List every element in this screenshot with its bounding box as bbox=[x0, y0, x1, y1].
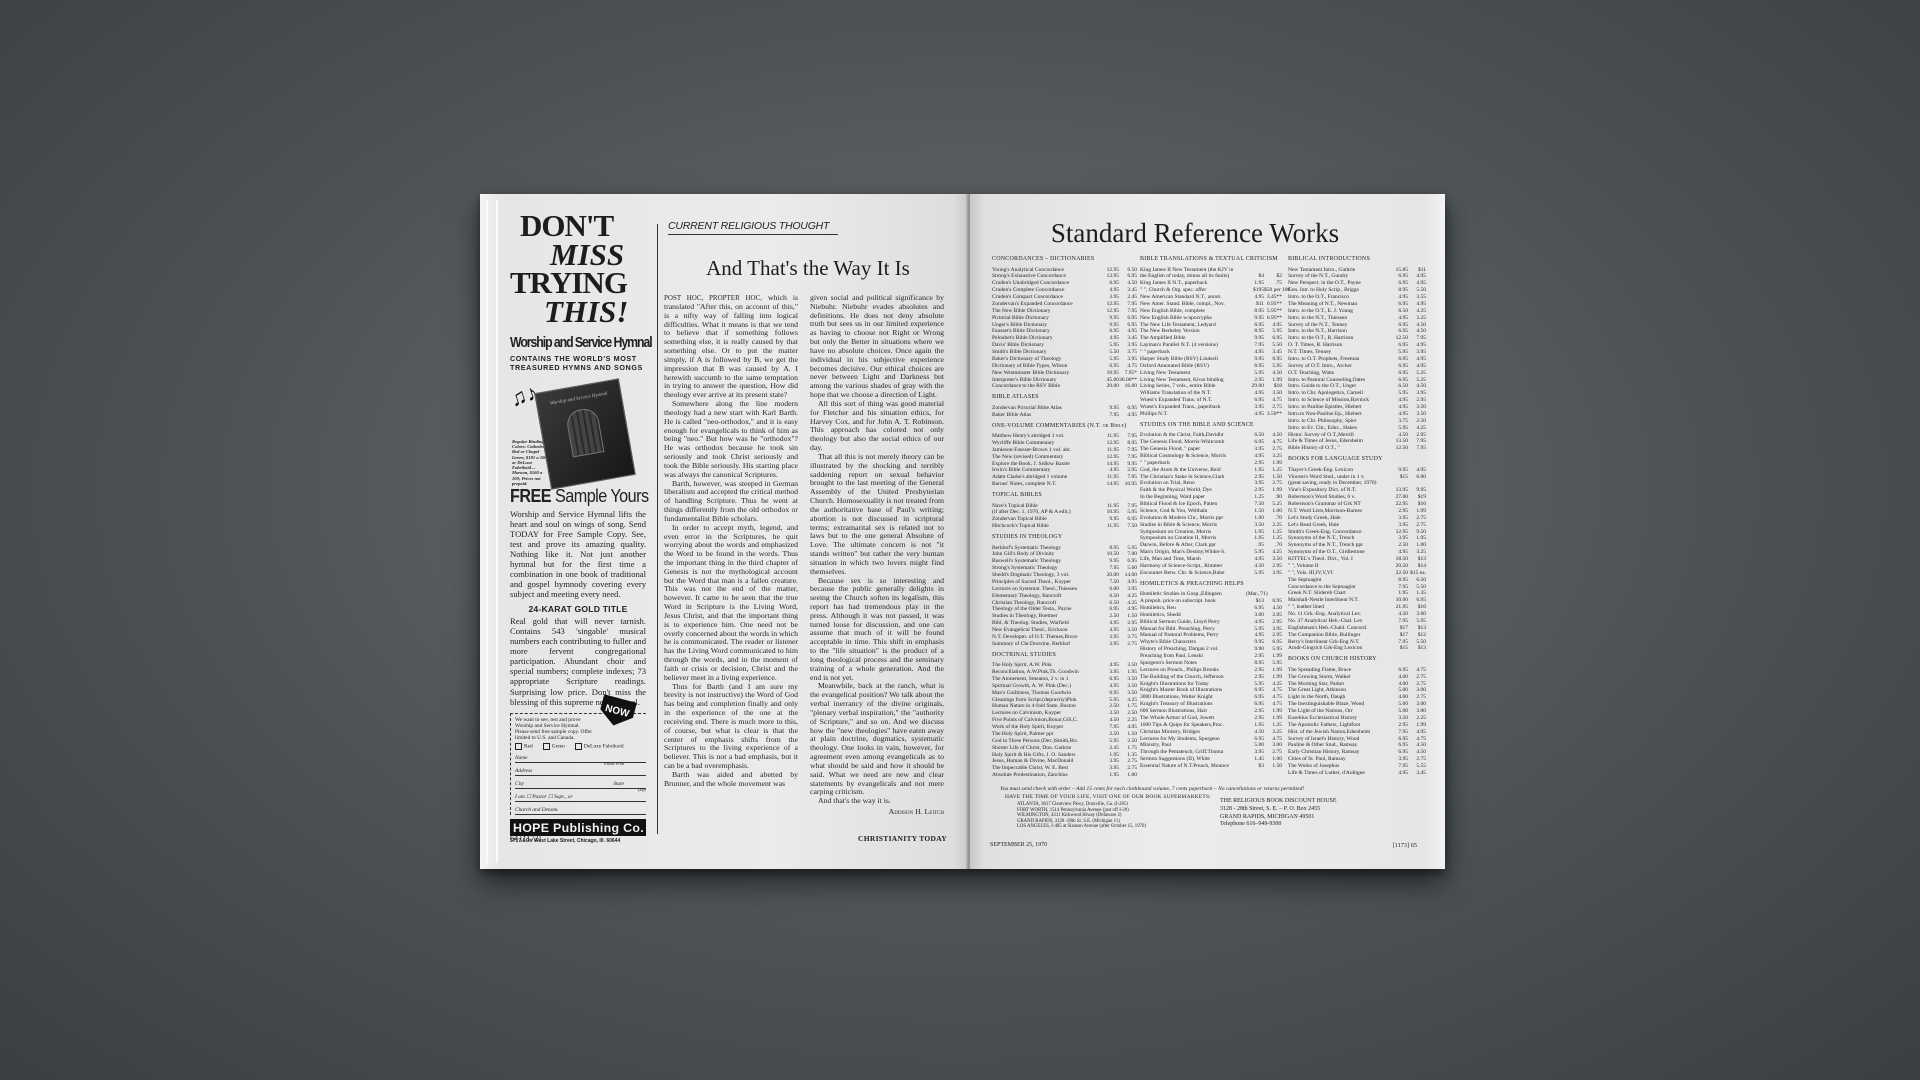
sale-price: 8.95 bbox=[1119, 440, 1137, 447]
price-section-heading: DOCTRINAL STUDIES bbox=[992, 652, 1137, 660]
price-row: Zondervan's Expanded Concordance12.957.9… bbox=[992, 301, 1137, 308]
sale-price: 3.00 bbox=[1264, 742, 1282, 749]
list-price: 4.95 bbox=[1246, 411, 1264, 418]
list-price: 10.50 bbox=[1101, 551, 1119, 558]
order-note: You must send check with order – Add 15 … bbox=[1000, 786, 1304, 792]
price-row: Jesus, Human & Divine, MacDonald3.952.75 bbox=[992, 758, 1137, 765]
book-title: Marshall-Nestle Interlinear N.T. bbox=[1288, 597, 1390, 604]
list-price: 3.95 bbox=[1101, 765, 1119, 772]
list-price: 3.95 bbox=[1246, 446, 1264, 453]
sale-price: 4.25 bbox=[1408, 308, 1426, 315]
price-row: N.T. Developm. of O.T. Themes,Bruce3.952… bbox=[992, 634, 1137, 641]
price-row: " ", leather lined21.95$16 bbox=[1288, 604, 1426, 611]
list-price: 2.95 bbox=[1390, 722, 1408, 729]
sale-price: 5.95 bbox=[1119, 545, 1137, 552]
book-title: Work of the Holy Spirit, Kuyper bbox=[992, 724, 1101, 731]
price-row: God in Three Persons (Dec.)Smith,Bic.5.9… bbox=[992, 738, 1137, 745]
book-title: Harmony of Science-Script., Rimmer bbox=[1140, 563, 1246, 570]
book-title: Christian Ministry, Bridges bbox=[1140, 729, 1246, 736]
article-column-1: POST HOC, PROPTER HOC, which is translat… bbox=[664, 294, 798, 789]
book-title: New English Bible w/apocrypha bbox=[1140, 315, 1246, 322]
book-title: The Holy Spirit, Palmer ppr bbox=[992, 731, 1101, 738]
sale-price: .70 bbox=[1264, 515, 1282, 522]
price-row: Intro. to O.T. Prophets, Freeman6.954.95 bbox=[1288, 356, 1426, 363]
option-label: Green bbox=[552, 744, 565, 750]
book-title: (if after Dec. 1, 1970, AP & A edit.) bbox=[992, 509, 1101, 516]
book-title: The Works of Josephus bbox=[1288, 763, 1390, 770]
price-row: Whyte's Bible Characters9.956.95 bbox=[1140, 639, 1282, 646]
book-title: No. 37 Analytical Heb.-Chal. Lex bbox=[1288, 618, 1390, 625]
book-title: Dictionary of Bible Types, Wilson bbox=[992, 363, 1101, 370]
price-row: In the Beginning, Ward paper1.25.90 bbox=[1140, 494, 1282, 501]
address-field[interactable]: Address bbox=[515, 768, 646, 776]
book-title: Cruden's Compact Concordance bbox=[992, 294, 1101, 301]
price-row: Baker Bible Atlas7.954.95 bbox=[992, 412, 1137, 419]
book-title: Berry's Interlinear Grk-Eng N.T. bbox=[1288, 639, 1390, 646]
price-row: New Amer. Stand. Bible, compl., Nov.$116… bbox=[1140, 301, 1282, 308]
price-row: Adam Clarke's abridged 1 volume11.957.95 bbox=[992, 474, 1137, 481]
sale-price: 6.95 bbox=[1119, 322, 1137, 329]
price-row: Survey of O.T. Intro., Archer6.954.95 bbox=[1288, 363, 1426, 370]
list-price: 12.50 bbox=[1390, 445, 1408, 452]
list-price: 6.95 bbox=[1101, 690, 1119, 697]
ad-subhead-line: TREASURED HYMNS AND SONGS bbox=[510, 363, 646, 372]
sale-price: 7.50 bbox=[1119, 523, 1137, 530]
list-price: 8.95 bbox=[1246, 660, 1264, 667]
book-title: Cities of St. Paul, Ramsay bbox=[1288, 756, 1390, 763]
reference-title: Standard Reference Works bbox=[1030, 218, 1360, 249]
price-row: Sermon Suggestions (II), White1.451.00 bbox=[1140, 756, 1282, 763]
book-title: Intro. to Pauline Epistles, Hiebert bbox=[1288, 404, 1390, 411]
price-row: Faith & the Physical World, Dye2.951.99 bbox=[1140, 487, 1282, 494]
sale-price: 3.45** bbox=[1264, 294, 1282, 301]
book-title: Wuest's Expanded Trans., paperback bbox=[1140, 404, 1246, 411]
price-row: Histor. Survey of O.T.,Merrill4.502.95 bbox=[1288, 432, 1426, 439]
list-price: $4 bbox=[1246, 273, 1264, 280]
house-line: Telephone 616–949-9300 bbox=[1220, 821, 1337, 829]
list-price: 5.00 bbox=[1390, 708, 1408, 715]
magazine-spread: DON'T MISS TRYING THIS! Worship and Serv… bbox=[480, 194, 1445, 869]
list-price: $17 bbox=[1390, 632, 1408, 639]
list-price: 7.95 bbox=[1390, 729, 1408, 736]
list-price: 4.95 bbox=[1246, 632, 1264, 639]
price-row: (great saving, ready in December, 1970) bbox=[1288, 480, 1426, 487]
price-row: Oxford Annotated Bible (RSV)8.955.95 bbox=[1140, 363, 1282, 370]
book-title: 3000 Illustrations, Walter Knight bbox=[1140, 694, 1246, 701]
price-row: N.T. Word Lists,Morrison-Barnes2.951.99 bbox=[1288, 508, 1426, 515]
price-row: Through the Pentateuch, Griff.Thoma3.952… bbox=[1140, 749, 1282, 756]
list-price: 1.95 bbox=[1246, 529, 1264, 536]
book-title: Baker's Dictionary of Theology bbox=[992, 356, 1101, 363]
price-row: Living New Testament5.954.50 bbox=[1140, 370, 1282, 377]
list-price: 29.00 bbox=[1246, 383, 1264, 390]
list-price: 4.50 bbox=[1246, 729, 1264, 736]
price-row: History of Preaching, Dargan 2 vol.9.905… bbox=[1140, 646, 1282, 653]
price-row: Intro. to Ev. Chr., Educ., Hakes5.954.25 bbox=[1288, 425, 1426, 432]
name-field[interactable]: NamePlease Print bbox=[515, 755, 646, 763]
list-price: 6.95 bbox=[1390, 749, 1408, 756]
book-title: No. 11 Grk.-Eng. Analytical Lex. bbox=[1288, 611, 1390, 618]
price-row: Manual for Bibl. Preaching, Perry5.953.9… bbox=[1140, 626, 1282, 633]
price-row: Theology of the Older Testa., Payne6.954… bbox=[992, 606, 1137, 613]
price-section-heading: HOMILETICS & PREACHING HELPS bbox=[1140, 581, 1282, 589]
list-price: 5.00 bbox=[1390, 687, 1408, 694]
book-title: Oxford Annotated Bible (RSV) bbox=[1140, 363, 1246, 370]
book-title: Hist. of the Jewish Nation,Edersheim bbox=[1288, 729, 1390, 736]
price-row: New Westminster Bible Dictionary10.957.9… bbox=[992, 370, 1137, 377]
sale-price: 6.95 bbox=[1119, 315, 1137, 322]
book-title: Let's Read Greek, Hale bbox=[1288, 522, 1390, 529]
list-price: 1.95 bbox=[1390, 590, 1408, 597]
price-row: Intro. to Science of Mission,Bavinck4.95… bbox=[1288, 397, 1426, 404]
price-row: Marshall-Nestle Interlinear N.T.10.006.9… bbox=[1288, 597, 1426, 604]
book-title: " ", Church & Org. spec. offer bbox=[1140, 287, 1246, 294]
price-row: Cruden's Compact Concordance3.952.45 bbox=[992, 294, 1137, 301]
book-title: N.T. Word Lists,Morrison-Barnes bbox=[1288, 508, 1390, 515]
price-row: The Genesis Flood, " paper3.952.75 bbox=[1140, 446, 1282, 453]
list-price: 4.95 bbox=[1246, 556, 1264, 563]
church-field[interactable]: Church and Denom. bbox=[515, 807, 646, 815]
sale-price: 1.95 bbox=[1408, 535, 1426, 542]
sale-price: $13 bbox=[1408, 556, 1426, 563]
sale-price: 5.95 bbox=[1264, 328, 1282, 335]
book-title: Shorter Life of Christ, Don. Guthrie bbox=[992, 745, 1101, 752]
sale-price: 4.75 bbox=[1264, 687, 1282, 694]
list-price: 2.95 bbox=[1246, 674, 1264, 681]
book-title: Holy Spirit & His Gifts, J. O. Sanders bbox=[992, 752, 1101, 759]
sale-price: 6.95 bbox=[1264, 335, 1282, 342]
list-price: 5.95 bbox=[1101, 738, 1119, 745]
book-title: The Building of the Church, Jefferson bbox=[1140, 674, 1246, 681]
house-line: THE RELIGIOUS BOOK DISCOUNT HOUSE bbox=[1220, 798, 1337, 806]
sale-price: 4.95 bbox=[1408, 363, 1426, 370]
role-field[interactable]: I am ☐ Pastor ☐ Supt., or bbox=[515, 794, 646, 802]
list-price: 6.95 bbox=[1246, 736, 1264, 743]
price-row: New Evangelical Theol., Erickson4.953.50 bbox=[992, 627, 1137, 634]
price-row: Survey of the N.T., Gundry6.954.95 bbox=[1288, 273, 1426, 280]
book-title: History of Preaching, Dargan 2 vol. bbox=[1140, 646, 1246, 653]
book-title: Greek N.T. Slidereb Chart bbox=[1288, 590, 1390, 597]
list-price: 12.95 bbox=[1101, 308, 1119, 315]
list-price: 6.50 bbox=[1101, 600, 1119, 607]
price-row: The Amplified Bible9.956.95 bbox=[1140, 335, 1282, 342]
price-row: No. 37 Analytical Heb.-Chal. Lex7.955.95 bbox=[1288, 618, 1426, 625]
list-price: 11.95 bbox=[1101, 503, 1119, 510]
sale-price: 5.25 bbox=[1408, 377, 1426, 384]
price-row: Explore the Book, J. Sidlow Baxter14.959… bbox=[992, 461, 1137, 468]
list-price: $195 bbox=[1246, 287, 1264, 294]
book-title: Barnes' Notes, complete N.T. bbox=[992, 481, 1101, 488]
list-price: 9.95 bbox=[1101, 322, 1119, 329]
list-price: 10.00 bbox=[1390, 597, 1408, 604]
list-price: 5.95 bbox=[1101, 342, 1119, 349]
price-row: The New Life Testament, Ledyard6.954.95 bbox=[1140, 322, 1282, 329]
list-price: 6.95 bbox=[1390, 301, 1408, 308]
price-row: The New (revised) Commentary12.957.95 bbox=[992, 454, 1137, 461]
sale-price: 1.99 bbox=[1264, 460, 1282, 467]
list-price: 5.95 bbox=[1390, 425, 1408, 432]
book-title: New Evangelical Theol., Erickson bbox=[992, 627, 1101, 634]
book-title: Gleanings from Script.(depravity)Pink bbox=[992, 697, 1101, 704]
price-row: Biblical Cosmology & Science, Morris4.95… bbox=[1140, 453, 1282, 460]
price-column-1: CONCORDANCES – DICTIONARIESYoung's Analy… bbox=[992, 252, 1137, 779]
sale-price: 6.95 bbox=[1119, 405, 1137, 412]
sample-label: Sample Yours bbox=[555, 486, 649, 506]
price-row: Buswell's Systematic Theology9.956.95 bbox=[992, 558, 1137, 565]
book-title: Spiritual Growth, A. W. Pink (Dec.) bbox=[992, 683, 1101, 690]
sale-price: 3.25 bbox=[1264, 453, 1282, 460]
price-section-heading: STUDIES ON THE BIBLE AND SCIENCE bbox=[1140, 422, 1282, 430]
book-title: Lectures on Calvinism, Kuyper bbox=[992, 710, 1101, 717]
list-price: 7.50 bbox=[1246, 501, 1264, 508]
price-row: Intro. Guide to the O.T., Unger6.504.50 bbox=[1288, 383, 1426, 390]
price-row: 1000 Tips & Quips for Speakers,Proc.1.95… bbox=[1140, 722, 1282, 729]
list-price: 9.95 bbox=[1101, 315, 1119, 322]
hymnal-book-image: Worship and Service Hymnal bbox=[534, 378, 636, 489]
sale-price: 7.95 bbox=[1408, 335, 1426, 342]
house-line: GRAND RAPIDS, MICHIGAN 49501 bbox=[1220, 814, 1337, 822]
book-title: Harper Study Bible (RSV) Lindsell bbox=[1140, 356, 1246, 363]
price-row: Living New Testament, Kivar binding2.951… bbox=[1140, 377, 1282, 384]
lead-in: POST HOC, PROPTER HOC, bbox=[664, 294, 762, 302]
price-row: Harmony of Science-Script., Rimmer4.502.… bbox=[1140, 563, 1282, 570]
price-row: Man's Origin, Man's Destiny,Wilder-S.5.9… bbox=[1140, 549, 1282, 556]
price-row: Matthew Henry's abridged 1 vol.11.957.95 bbox=[992, 433, 1137, 440]
sale-price: 4.95 bbox=[1408, 342, 1426, 349]
sale-price: 7.95 bbox=[1119, 503, 1137, 510]
list-price: 6.50 bbox=[1390, 308, 1408, 315]
ad-body-1: Worship and Service Hymnal lifts the hea… bbox=[510, 509, 646, 599]
sale-price: 4.95 bbox=[1408, 273, 1426, 280]
book-title: " ", Volume II bbox=[1288, 563, 1390, 570]
list-price: 1.00 bbox=[1246, 515, 1264, 522]
list-price: $15 bbox=[1390, 645, 1408, 652]
sale-price: 1.35 bbox=[1119, 752, 1137, 759]
list-price: 7.95 bbox=[1390, 584, 1408, 591]
sale-price: 1.00 bbox=[1119, 772, 1137, 779]
list-price: 2.50 bbox=[1101, 703, 1119, 710]
price-row: Arndt-Gingrich Grk-Eng Lexicon$15$13 bbox=[1288, 645, 1426, 652]
price-row: The Works of Josephus7.955.55 bbox=[1288, 763, 1426, 770]
book-title: In the Beginning, Ward paper bbox=[1140, 494, 1246, 501]
book-title: Histor. Survey of O.T.,Merrill bbox=[1288, 432, 1390, 439]
sale-price: 4.25 bbox=[1119, 600, 1137, 607]
discount-house-address: THE RELIGIOUS BOOK DISCOUNT HOUSE 3128 -… bbox=[1220, 798, 1337, 829]
list-price: 4.50 bbox=[1390, 611, 1408, 618]
price-row: Evolution on Trial, Reno3.952.75 bbox=[1140, 480, 1282, 487]
option-label: DeLuxe Fabrikoid bbox=[584, 744, 624, 750]
price-row: Gen. Intr. to Holy Scrip., Briggs8.955.5… bbox=[1288, 287, 1426, 294]
sale-price: 4.95 bbox=[1408, 280, 1426, 287]
book-title: Explore the Book, J. Sidlow Baxter bbox=[992, 461, 1101, 468]
list-price: 9.95 bbox=[1101, 405, 1119, 412]
price-row: Davis' Bible Dictionary5.953.95 bbox=[992, 342, 1137, 349]
sale-price: $14 bbox=[1408, 563, 1426, 570]
sale-price: 5.95 bbox=[1119, 509, 1137, 516]
book-title: Interpreter's Bible Dictionary bbox=[992, 377, 1101, 384]
price-row: Homiletic Studies in Gosp.,Ellingsen(Mar… bbox=[1140, 591, 1282, 598]
price-row: Smith's Bible Dictionary5.503.75 bbox=[992, 349, 1137, 356]
sale-price: 16.00 bbox=[1119, 383, 1137, 390]
book-title: New Testament Intro., Guthrie bbox=[1288, 267, 1390, 274]
sale-price: 1.95 bbox=[1119, 669, 1137, 676]
book-title: Buswell's Systematic Theology bbox=[992, 558, 1101, 565]
checkbox-icon bbox=[575, 743, 582, 750]
list-price: 4.95 bbox=[1101, 287, 1119, 294]
book-title: Evolution & the Christ, Faith,Davidhr bbox=[1140, 432, 1246, 439]
list-price: 5.95 bbox=[1246, 681, 1264, 688]
price-section-heading: STUDIES IN THEOLOGY bbox=[992, 534, 1137, 542]
paragraph: Meanwhile, back at the ranch, what is th… bbox=[810, 682, 944, 797]
sale-price: 3.00 bbox=[1408, 687, 1426, 694]
list-price: 5.95 bbox=[1390, 390, 1408, 397]
sale-price: 2.75 bbox=[1408, 515, 1426, 522]
sale-price: 4.50 bbox=[1264, 370, 1282, 377]
sale-price: 4.50 bbox=[1408, 322, 1426, 329]
book-title: " " paperback bbox=[1140, 349, 1246, 356]
list-price: 2.95 bbox=[1246, 708, 1264, 715]
coupon-text: We want to see, test and prove Worship a… bbox=[515, 717, 593, 742]
price-row: Wycliffe Bible Commentary12.958.95 bbox=[992, 440, 1137, 447]
sale-price: 5.50 bbox=[1408, 287, 1426, 294]
book-title: Unger's Bible Dictionary bbox=[992, 322, 1101, 329]
color-options: Red Green DeLuxe Fabrikoid bbox=[515, 743, 646, 750]
order-coupon[interactable]: NOW We want to see, test and prove Worsh… bbox=[510, 713, 646, 816]
sale-price: 4.25 bbox=[1408, 425, 1426, 432]
option-green[interactable]: Green bbox=[543, 743, 565, 750]
list-price: 5.95 bbox=[1246, 370, 1264, 377]
price-section-heading: TOPICAL BIBLES bbox=[992, 492, 1137, 500]
list-price: 3.95 bbox=[1101, 669, 1119, 676]
page-folio: 64 [1172] bbox=[510, 834, 541, 843]
book-title: Layman's Parallel N.T. (4 versions) bbox=[1140, 342, 1246, 349]
list-price: 6.00 bbox=[1101, 586, 1119, 593]
price-row: Ministry, Paul5.003.00 bbox=[1140, 742, 1282, 749]
price-row: Studies in Theology, Boettner2.501.50 bbox=[992, 613, 1137, 620]
paragraph: Thus for Barth (and I am sure my brevity… bbox=[664, 683, 798, 771]
price-row: Intro. to the N.T., Harrison6.954.50 bbox=[1288, 328, 1426, 335]
sale-price: 6.95** bbox=[1264, 315, 1282, 322]
list-price: 3.95 bbox=[1101, 641, 1119, 648]
book-title: The Christian's Stake in Science,Clark bbox=[1140, 474, 1246, 481]
book-title: Williams Translation of the N.T. bbox=[1140, 390, 1246, 397]
sale-price: 6.95** bbox=[1264, 301, 1282, 308]
book-title: New Westminster Bible Dictionary bbox=[992, 370, 1101, 377]
sale-price: $13 bbox=[1408, 645, 1426, 652]
field-label: I am ☐ Pastor ☐ Supt., or bbox=[515, 794, 573, 800]
option-red[interactable]: Red bbox=[515, 743, 533, 750]
price-row: Phillips N.T.4.953.50** bbox=[1140, 411, 1282, 418]
sale-price: $15 ea. bbox=[1408, 570, 1426, 577]
sale-price: 1.99 bbox=[1264, 708, 1282, 715]
sale-price: 4.75 bbox=[1264, 694, 1282, 701]
list-price: 4.95 bbox=[1390, 294, 1408, 301]
sale-price: 1.99 bbox=[1264, 715, 1282, 722]
book-title: O.T. Teaching, Watts bbox=[1288, 370, 1390, 377]
book-title: Thayer's Greek-Eng. Lexicon bbox=[1288, 467, 1390, 474]
price-row: Robertson's Word Studies, 6 v.27.00$19 bbox=[1288, 494, 1426, 501]
book-title: Smith's Greek-Eng. Concordance bbox=[1288, 529, 1390, 536]
book-title: Wycliffe Bible Commentary bbox=[992, 440, 1101, 447]
book-title: Pauline & Other Stud., Ramsay bbox=[1288, 742, 1390, 749]
sale-price: 1.99 bbox=[1264, 487, 1282, 494]
price-row: Lectures on Calvinism, Kuyper3.502.50 bbox=[992, 710, 1137, 717]
price-row: Hist. of the Jewish Nation,Edersheim7.95… bbox=[1288, 729, 1426, 736]
price-row: Young's Analytical Concordance12.956.50 bbox=[992, 267, 1137, 274]
list-price: 10.95 bbox=[1101, 509, 1119, 516]
field-label: State bbox=[613, 781, 624, 787]
price-row: The Meaning of N.T., Newman6.954.95 bbox=[1288, 301, 1426, 308]
price-row: Knight's Master Book of Illustrations6.9… bbox=[1140, 687, 1282, 694]
list-price: 4.95 bbox=[1390, 397, 1408, 404]
book-title: The Amplified Bible bbox=[1140, 335, 1246, 342]
price-row: The Morning Star, Parker4.002.75 bbox=[1288, 681, 1426, 688]
list-price: 5.00 bbox=[1390, 701, 1408, 708]
price-row: Work of the Holy Spirit, Kuyper7.954.95 bbox=[992, 724, 1137, 731]
book-title: Essential Nature of N.T.Preach, Mounce bbox=[1140, 763, 1246, 770]
price-row: Cities of St. Paul, Ramsay3.952.75 bbox=[1288, 756, 1426, 763]
sale-price: 4.75 bbox=[1264, 397, 1282, 404]
list-price: 4.95 bbox=[1246, 349, 1264, 356]
sale-price: 4.95 bbox=[1119, 724, 1137, 731]
price-row: Pauline & Other Stud., Ramsay6.954.50 bbox=[1288, 742, 1426, 749]
price-row: God, the Atom & the Universe, Reid1.951.… bbox=[1140, 467, 1282, 474]
sale-price: 4.50 bbox=[1408, 742, 1426, 749]
list-price: 4.95 bbox=[1246, 619, 1264, 626]
price-row: Knight's Treasury of Illustrations6.954.… bbox=[1140, 701, 1282, 708]
list-price: 6.95 bbox=[1101, 676, 1119, 683]
book-title: New Amer. Stand. Bible, compl., Nov. bbox=[1140, 301, 1246, 308]
sale-price: $16 bbox=[1408, 604, 1426, 611]
list-price: 4.50 bbox=[1246, 563, 1264, 570]
book-title: " ", Vols. III,IV,V,VI bbox=[1288, 570, 1390, 577]
list-price: 7.95 bbox=[1101, 412, 1119, 419]
list-price: 6.50 bbox=[1390, 383, 1408, 390]
list-price: 8.95 bbox=[1246, 308, 1264, 315]
sale-price: 4.95 bbox=[1408, 356, 1426, 363]
sale-price: 6.95 bbox=[1119, 558, 1137, 565]
list-price: 5.95 bbox=[1101, 697, 1119, 704]
store-list: ATLANTA, 3617 Clearview Pkwy, Doraville,… bbox=[1017, 802, 1146, 830]
book-title: Science, God & You, Welthaln bbox=[1140, 508, 1246, 515]
list-price: 9.95 bbox=[1101, 558, 1119, 565]
book-title: Living New Testament, Kivar binding bbox=[1140, 377, 1246, 384]
sale-price: 7.95 bbox=[1119, 474, 1137, 481]
price-row: " " paperback4.953.45 bbox=[1140, 349, 1282, 356]
list-price: 21.95 bbox=[1390, 604, 1408, 611]
visit-line: HAVE THE TIME OF YOUR LIFE, VISIT ONE OF… bbox=[1005, 794, 1211, 800]
book-title: King James II New Testament (the KJV in bbox=[1140, 267, 1246, 274]
price-row: New English Bible, complete8.955.95** bbox=[1140, 308, 1282, 315]
option-deluxe[interactable]: DeLuxe Fabrikoid bbox=[575, 743, 624, 750]
list-price: 2.50 bbox=[1101, 613, 1119, 620]
price-row: Human Nature in 4-fold State, Boston2.50… bbox=[992, 703, 1137, 710]
sale-price: $11 bbox=[1408, 267, 1426, 274]
sale-price: 7.95 bbox=[1119, 447, 1137, 454]
sale-price: 1.25 bbox=[1264, 535, 1282, 542]
hymnal-advertisement: DON'T MISS TRYING THIS! Worship and Serv… bbox=[510, 212, 646, 842]
book-title: Human Nature in 4-fold State, Boston bbox=[992, 703, 1101, 710]
book-title: Cruden's Unabridged Concordance bbox=[992, 280, 1101, 287]
list-price: 12.95 bbox=[1390, 529, 1408, 536]
price-row: Elementary Theology, Bancroft6.504.25 bbox=[992, 593, 1137, 600]
list-price: 6.95 bbox=[1101, 363, 1119, 370]
price-row: Wuest's Expanded Trans. of N.T.6.954.75 bbox=[1140, 397, 1282, 404]
book-title: Concordance to the RSV Bible bbox=[992, 383, 1101, 390]
book-title: Intro.to Non-Pauline Ep., Hiebert bbox=[1288, 411, 1390, 418]
city-state-field[interactable]: CityState(Zip) bbox=[515, 781, 646, 789]
sale-price: 36.00** bbox=[1119, 377, 1137, 384]
